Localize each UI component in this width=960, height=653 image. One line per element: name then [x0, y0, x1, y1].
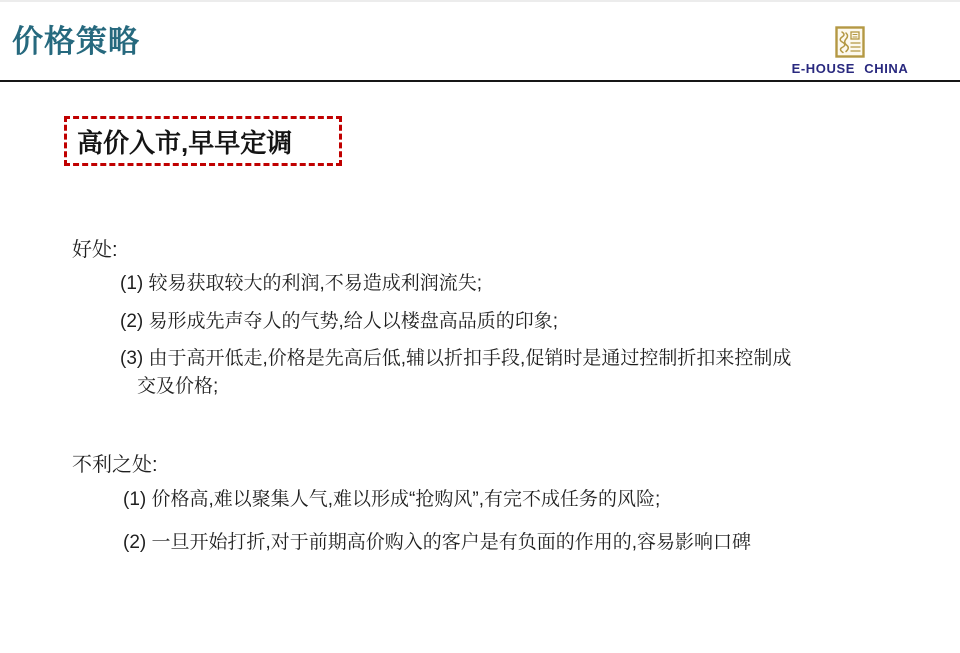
headline-box: 高价入市,早早定调: [64, 116, 342, 166]
drawbacks-heading: 不利之处:: [72, 448, 158, 477]
brand-name: E-HOUSE CHINA: [790, 61, 910, 76]
headline-text: 高价入市,早早定调: [77, 123, 292, 160]
presentation-slide: 价格策略 E-HOUSE CHINA 高价入市,早早定调 好处: (1) 较易获…: [0, 0, 960, 653]
benefits-item-3: (3) 由于高开低走,价格是先高后低,辅以折扣手段,促销时是通过控制折扣来控制成…: [137, 345, 897, 401]
header-divider: [0, 80, 960, 82]
drawbacks-item-2: (2) 一旦开始打折,对于前期高价购入的客户是有负面的作用的,容易影响口碑: [123, 529, 751, 557]
page-title: 价格策略: [12, 24, 140, 60]
benefits-heading: 好处:: [72, 233, 118, 262]
ehouse-logo: E-HOUSE CHINA: [790, 26, 910, 76]
drawbacks-item-1: (1) 价格高,难以聚集人气,难以形成“抢购风”,有完不成任务的风险;: [123, 486, 660, 514]
benefits-item-2: (2) 易形成先声夺人的气势,给人以楼盘高品质的印象;: [120, 308, 558, 336]
benefits-item-1: (1) 较易获取较大的利润,不易造成利润流失;: [120, 270, 482, 298]
ehouse-seal-icon: [835, 26, 865, 58]
